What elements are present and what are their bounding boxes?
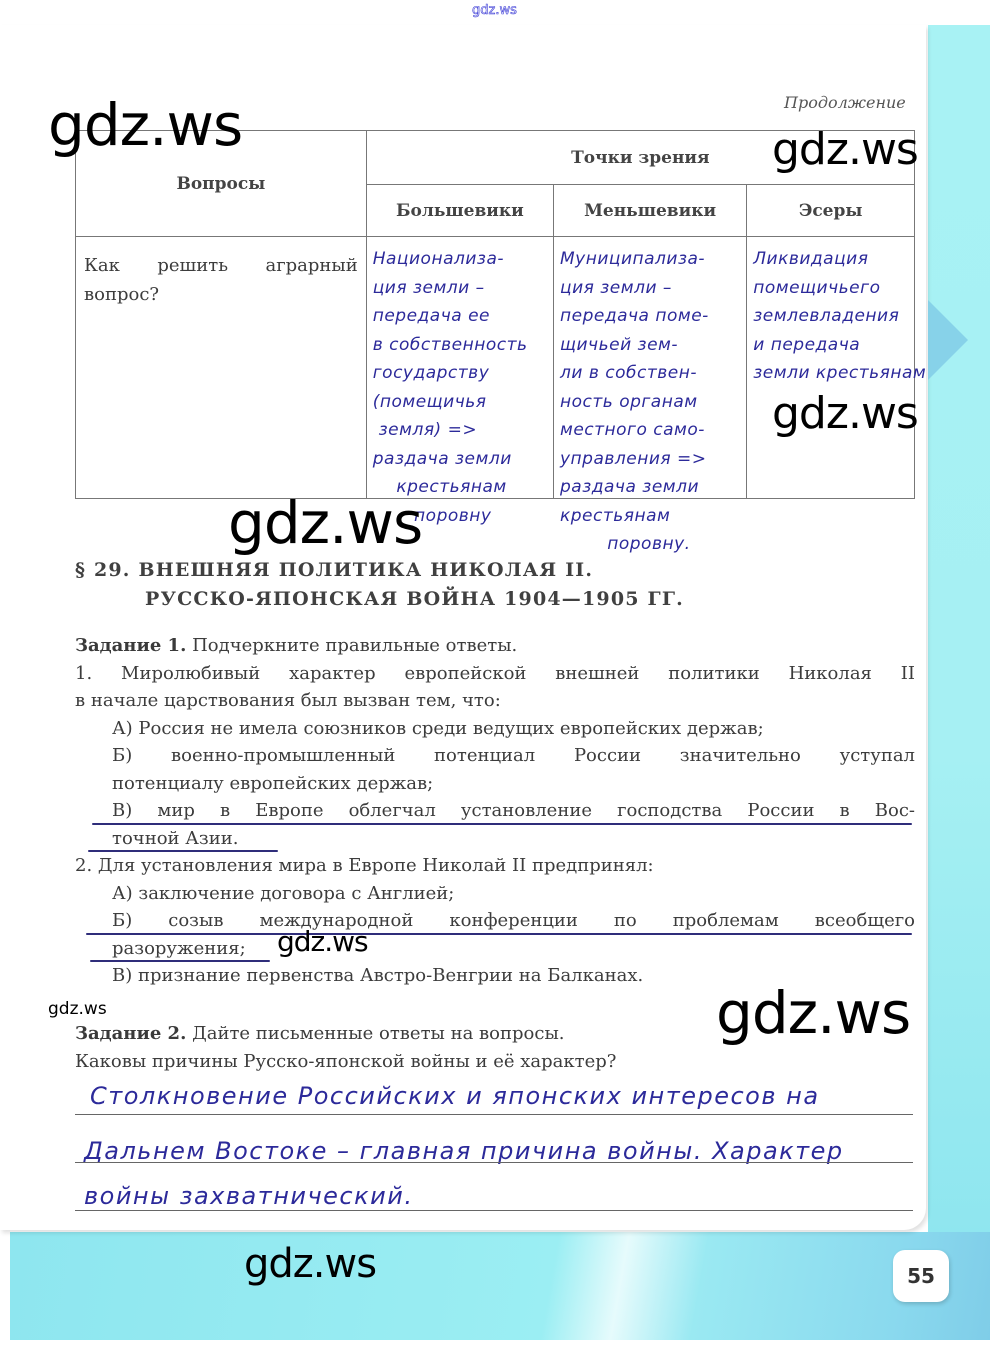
question-cell: Как решить аграрный вопрос? (76, 237, 367, 499)
continuation-label: Продолжение (784, 93, 906, 112)
footer-band (10, 1232, 990, 1340)
watermark: gdz.ws (772, 128, 918, 172)
task1-label: Задание 1. (75, 635, 186, 656)
section-title-line2: РУССКО-ЯПОНСКАЯ ВОЙНА 1904—1905 гг. (75, 585, 684, 614)
handwritten-answer-line[interactable]: Столкновение Российских и японских интер… (90, 1082, 820, 1110)
watermark: gdz.ws (772, 392, 918, 436)
q2-text: 2. Для установления мира в Европе Никола… (75, 852, 915, 880)
handwritten-answer: Муниципализа- ция земли – передача поме-… (560, 245, 709, 559)
q1-text-line1: 1. Миролюбивый характер европейской внеш… (75, 660, 915, 688)
task1-header: Задание 1. Подчеркните правильные ответы… (75, 632, 915, 660)
watermark: gdz.ws (48, 1001, 107, 1018)
task2-label: Задание 2. (75, 1023, 186, 1044)
header-mensheviks: Меньшевики (554, 185, 747, 237)
page-number: 55 (893, 1250, 949, 1302)
watermark: gdz.ws (228, 494, 422, 552)
section-title-line1: ВНЕШНЯЯ ПОЛИТИКА НИКОЛАЯ II. (138, 559, 593, 581)
answer-cell-bolsheviks[interactable]: Национализа- ция земли – передача ее в с… (366, 237, 553, 499)
watermark: gdz.ws (244, 1244, 376, 1284)
answer-underline (86, 933, 912, 935)
q1-option-b-line2[interactable]: потенциалу европейских держав; (75, 770, 915, 798)
task1-block: Задание 1. Подчеркните правильные ответы… (75, 632, 915, 990)
task2-instruction: Дайте письменные ответы на вопросы. (192, 1023, 564, 1044)
section-number: § 29. (75, 559, 131, 581)
handwritten-answer: Ликвидация помещичьего землевладения и п… (753, 245, 926, 388)
writing-line (75, 1162, 913, 1163)
watermark: gdz.ws (716, 984, 910, 1042)
answer-underline (90, 960, 270, 962)
writing-line (75, 1210, 913, 1211)
q1-text-line2: в начале царствования был вызван тем, чт… (75, 687, 915, 715)
q2-option-a[interactable]: А) заключение договора с Англией; (75, 880, 915, 908)
handwritten-answer-line[interactable]: Дальнем Востоке – главная причина войны.… (84, 1137, 844, 1165)
q1-option-c-line2[interactable]: точной Азии. (75, 825, 915, 853)
handwritten-answer-line[interactable]: войны захватнический. (84, 1182, 413, 1210)
task1-instruction: Подчеркните правильные ответы. (192, 635, 517, 656)
answer-cell-esers[interactable]: Ликвидация помещичьего землевладения и п… (747, 237, 915, 499)
table-row: Как решить аграрный вопрос? Национализа-… (76, 237, 915, 499)
margin-tab-marker (928, 300, 968, 380)
watermark: gdz.ws (277, 928, 368, 956)
section-heading: § 29. ВНЕШНЯЯ ПОЛИТИКА НИКОЛАЯ II. РУССК… (75, 556, 684, 614)
answer-cell-mensheviks[interactable]: Муниципализа- ция земли – передача поме-… (554, 237, 747, 499)
q2-option-b-line2[interactable]: разоружения; (75, 935, 915, 963)
q1-option-b-line1[interactable]: Б) военно-промышленный потенциал России … (75, 742, 915, 770)
margin-decoration-strip (928, 25, 990, 1235)
writing-line (75, 1114, 913, 1115)
q1-option-a[interactable]: А) Россия не имела союзников среди ведущ… (75, 715, 915, 743)
watermark: gdz.ws (48, 96, 242, 154)
q1-option-c-line1[interactable]: В) мир в Европе облегчал установление го… (75, 797, 915, 825)
task2-question: Каковы причины Русско-японской войны и е… (75, 1048, 915, 1076)
header-bolsheviks: Большевики (366, 185, 553, 237)
watermark-top: gdz.ws (472, 4, 517, 17)
viewpoints-table: Вопросы Точки зрения Большевики Меньшеви… (75, 130, 915, 499)
answer-underline (88, 850, 278, 852)
answer-underline (92, 823, 912, 825)
handwritten-answer: Национализа- ция земли – передача ее в с… (373, 245, 528, 530)
header-esers: Эсеры (747, 185, 915, 237)
q2-option-b-line1[interactable]: Б) созыв международной конференции по пр… (75, 907, 915, 935)
